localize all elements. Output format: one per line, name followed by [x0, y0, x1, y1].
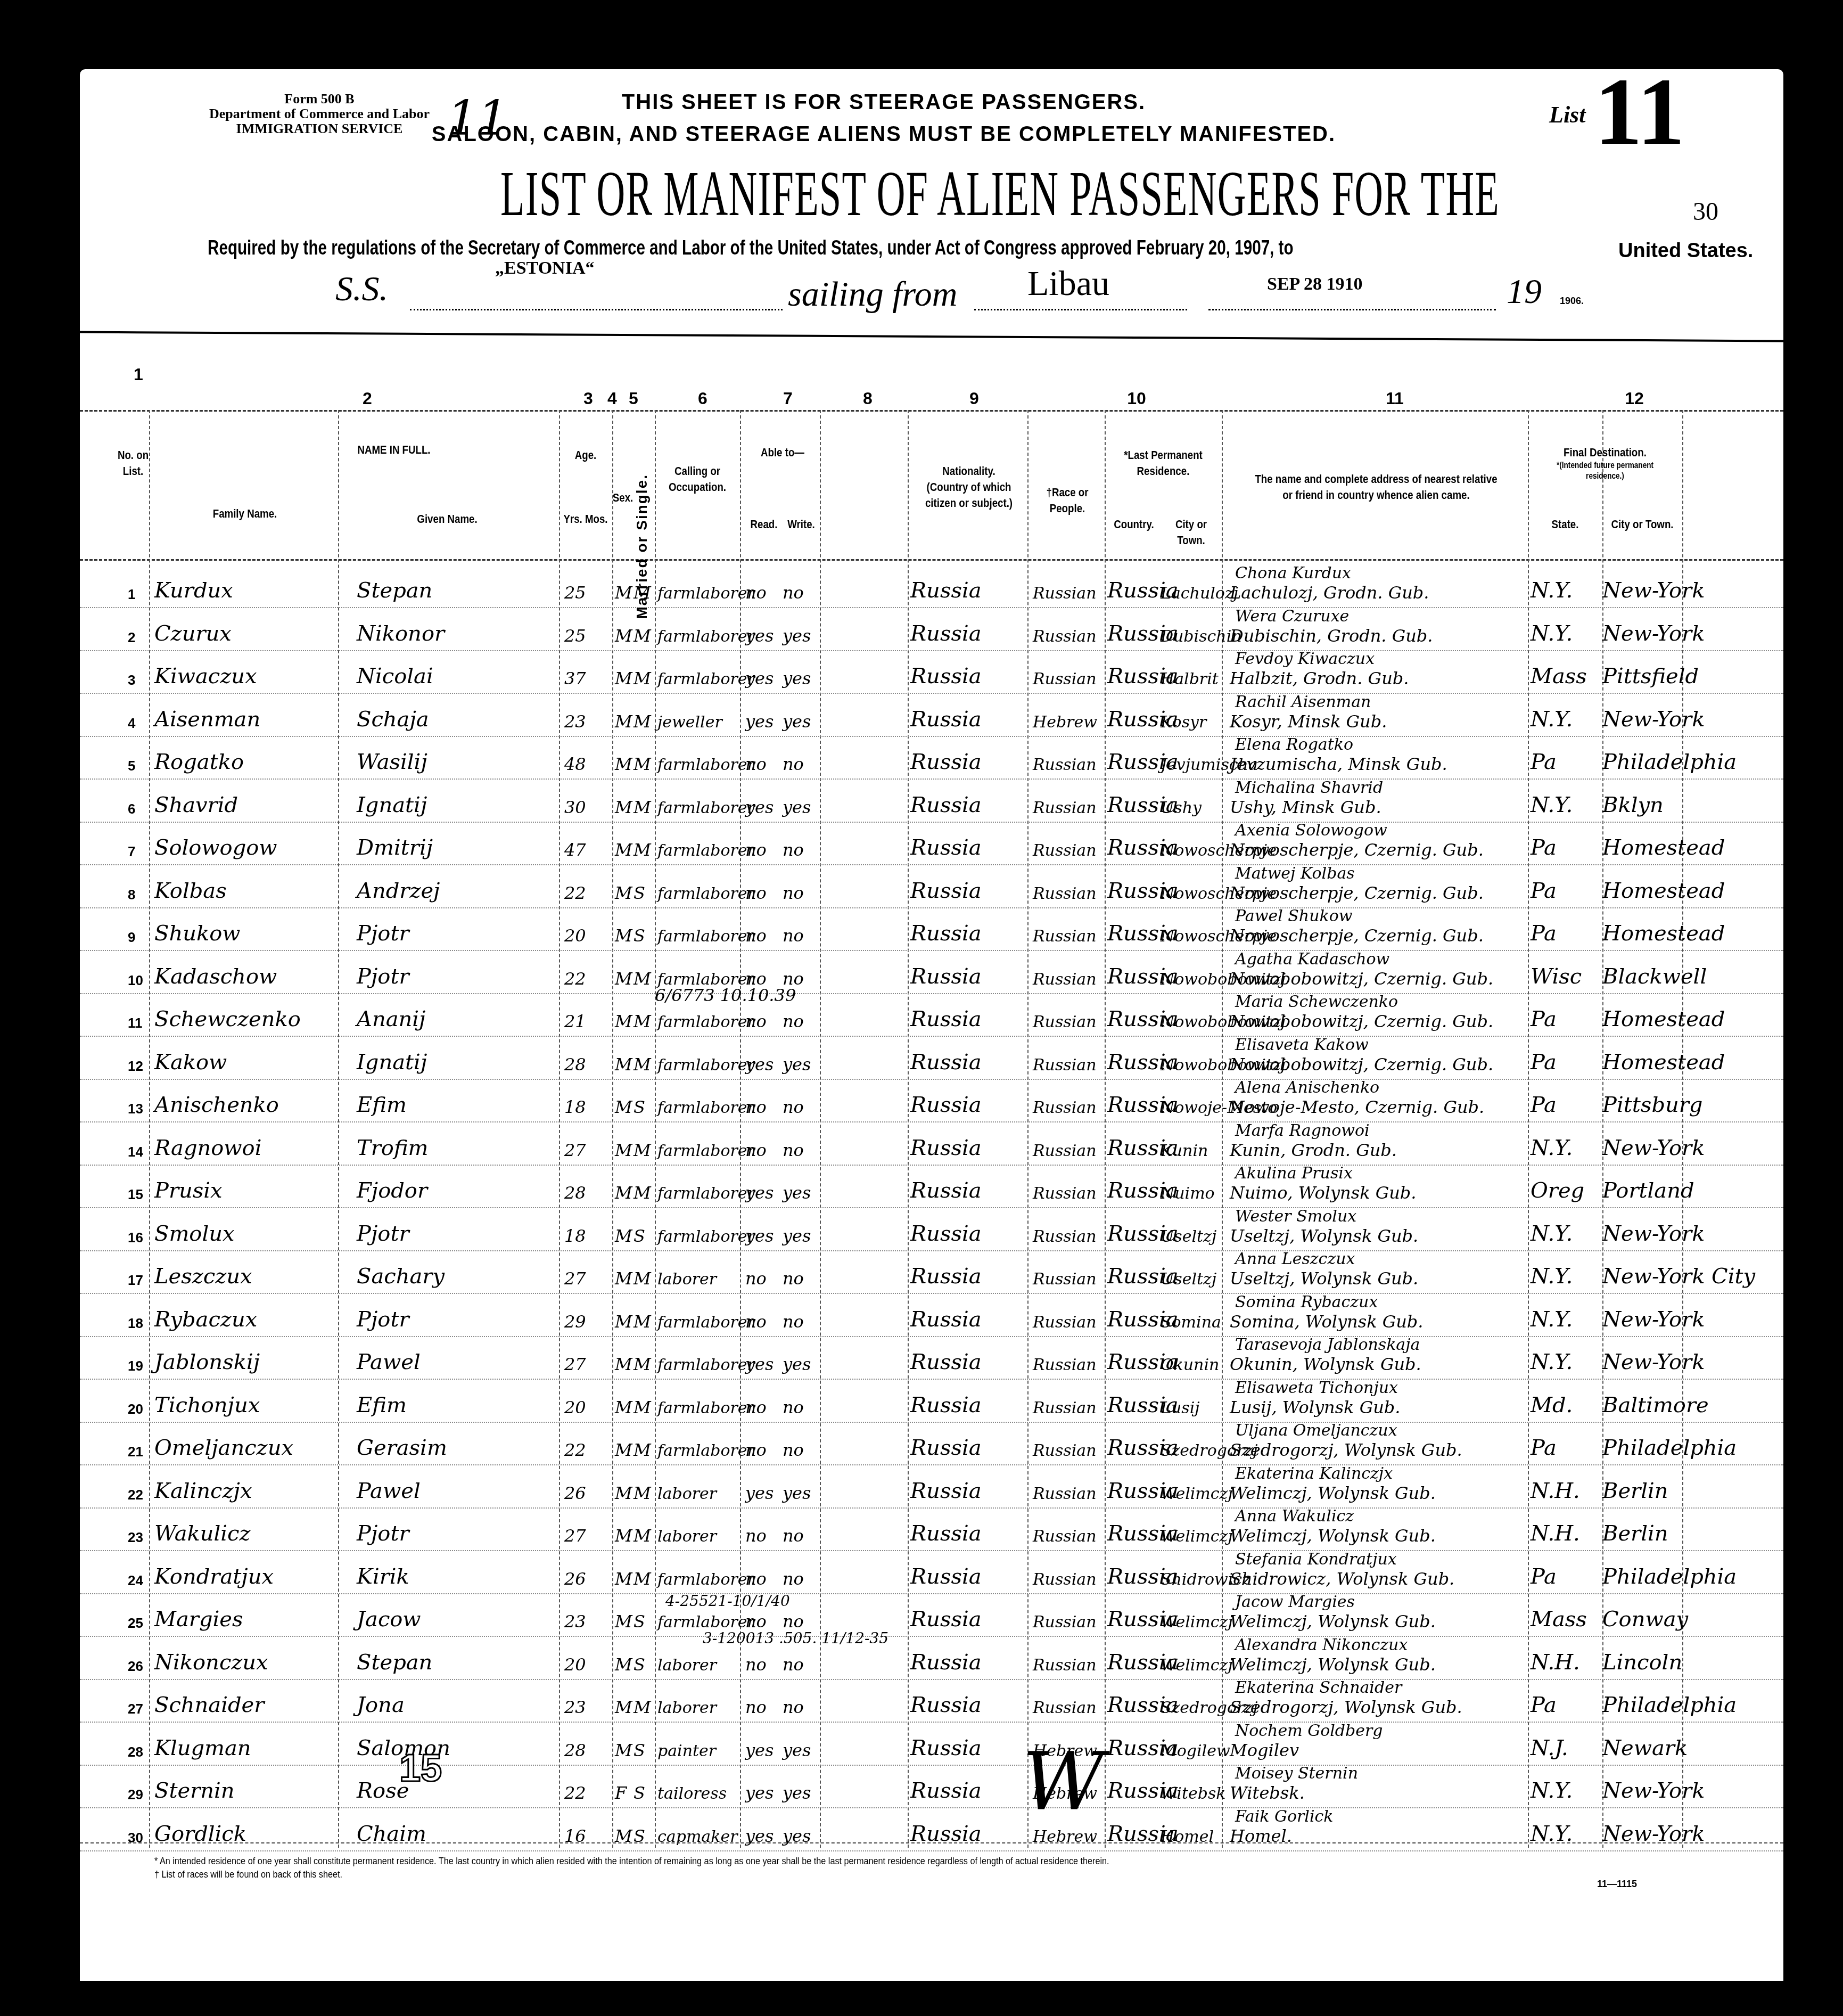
table-row: 11SchewczenkoAnanij21MMfarmlaborernonoRu…	[80, 993, 1783, 1037]
cell-family: Kurdux	[154, 578, 233, 603]
cell-dest: Homestead	[1602, 1007, 1725, 1031]
header-race: †Race or People.	[1036, 485, 1099, 517]
cell-given: Pjotr	[357, 1521, 409, 1546]
cell-relative-addr: Dubischin, Grodn. Gub.	[1230, 626, 1433, 646]
footer-rule	[80, 1842, 1783, 1843]
cell-race: Russian	[1033, 799, 1097, 817]
cell-given: Efim	[357, 1393, 407, 1417]
cell-city: Witebsk	[1161, 1784, 1226, 1803]
cell-occupation: farmlaborer	[657, 1184, 755, 1203]
footer-note-races: † List of races will be found on back of…	[154, 1869, 342, 1880]
table-row: 9ShukowPjotr20MSfarmlaborernonoRussiaRus…	[80, 907, 1783, 951]
cell-occupation: farmlaborer	[657, 884, 755, 903]
cell-dest: Baltimore	[1602, 1393, 1709, 1417]
cell-dest: New-York City	[1602, 1264, 1755, 1289]
cell-no: 20	[128, 1401, 143, 1417]
cell-relative-addr: Lusij, Wolynsk Gub.	[1230, 1397, 1401, 1417]
cell-state: Pa	[1531, 1050, 1557, 1075]
cell-state: N.Y.	[1531, 793, 1573, 817]
cell-dest: Philadelphia	[1602, 1693, 1737, 1717]
cell-dest: Homestead	[1602, 879, 1725, 903]
cell-relative: Moisey Sternin	[1235, 1764, 1358, 1783]
cell-city: Kosyr	[1161, 713, 1206, 732]
cell-dest: Lincoln	[1602, 1650, 1682, 1675]
cell-nationality: Russia	[910, 1050, 982, 1075]
cell-age: 23	[564, 711, 586, 732]
cell-ms: M	[633, 1397, 651, 1417]
cell-sex: M	[615, 1654, 632, 1675]
cell-relative-addr: Mogilev	[1230, 1740, 1299, 1760]
cell-ms: M	[633, 626, 651, 646]
cell-read: yes	[745, 1054, 774, 1075]
cell-age: 28	[564, 1740, 586, 1760]
header-read: Read.	[748, 517, 780, 532]
cell-write: yes	[783, 626, 811, 646]
header-rule	[80, 331, 1783, 342]
departure-port: Libau	[1027, 264, 1109, 304]
column-number-8: 8	[857, 389, 878, 408]
cell-nationality: Russia	[910, 1264, 982, 1289]
cell-nationality: Russia	[910, 793, 982, 817]
cell-ms: S	[633, 925, 645, 946]
cell-given: Efim	[357, 1093, 407, 1117]
cell-relative-addr: Welimczj, Wolynsk Gub.	[1230, 1483, 1436, 1503]
cell-nationality: Russia	[910, 1564, 982, 1589]
cell-age: 26	[564, 1569, 586, 1589]
cell-sex: M	[615, 883, 632, 903]
cell-family: Solowogow	[154, 835, 277, 860]
cell-state: N.Y.	[1531, 578, 1573, 603]
cell-nationality: Russia	[910, 621, 982, 646]
cell-relative: Uljana Omeljanczux	[1235, 1421, 1397, 1440]
cell-write: yes	[783, 1483, 811, 1503]
cell-no: 10	[128, 972, 143, 989]
cell-occupation: farmlaborer	[657, 1570, 755, 1589]
cell-read: no	[745, 1097, 767, 1117]
cell-ms: S	[633, 1783, 645, 1803]
cell-age: 22	[564, 1440, 586, 1460]
cell-race: Russian	[1033, 970, 1097, 989]
cell-state: N.H.	[1531, 1521, 1580, 1546]
cell-city: Welimczj	[1161, 1527, 1233, 1546]
header-nationality: Nationality. (Country of which citizen o…	[924, 463, 1014, 511]
cell-occupation: farmlaborer	[657, 670, 755, 689]
cell-given: Dmitrij	[357, 835, 433, 860]
cell-no: 1	[128, 586, 135, 603]
cell-nationality: Russia	[910, 1736, 982, 1760]
cell-relative-addr: Shidrowicz, Wolynsk Gub.	[1230, 1569, 1454, 1589]
cell-race: Russian	[1033, 670, 1097, 689]
cell-nationality: Russia	[910, 1350, 982, 1374]
cell-state: Pa	[1531, 1564, 1557, 1589]
cell-nationality: Russia	[910, 1436, 982, 1460]
cell-nationality: Russia	[910, 1650, 982, 1675]
header-city: City or Town.	[1165, 517, 1217, 548]
cell-city: Somina	[1161, 1313, 1221, 1332]
banner-steerage: THIS SHEET IS FOR STEERAGE PASSENGERS.	[431, 91, 1336, 114]
cell-write: yes	[783, 711, 811, 732]
table-row: 14RagnowoiTrofim27MMfarmlaborernonoRussi…	[80, 1122, 1783, 1166]
signature-mark: W	[1022, 1736, 1104, 1829]
cell-family: Leszczux	[154, 1264, 252, 1289]
cell-read: no	[745, 1440, 767, 1460]
cell-dest: Philadelphia	[1602, 1564, 1737, 1589]
cell-relative: Alexandra Nikonczux	[1235, 1636, 1408, 1654]
cell-sex: M	[615, 668, 632, 689]
cell-state: Pa	[1531, 1093, 1557, 1117]
cell-dest: Homestead	[1602, 835, 1725, 860]
header-relative: The name and complete address of nearest…	[1252, 471, 1501, 503]
cell-race: Russian	[1033, 1099, 1097, 1117]
cell-relative: Akulina Prusix	[1235, 1164, 1353, 1183]
cell-given: Gerasim	[357, 1436, 447, 1460]
cell-sex: M	[615, 1697, 632, 1717]
cell-read: no	[745, 1526, 767, 1546]
cell-dest: Newark	[1602, 1736, 1688, 1760]
table-row: 16SmoluxPjotr18MSfarmlaboreryesyesRussia…	[80, 1208, 1783, 1251]
cell-occupation: laborer	[657, 1485, 717, 1503]
cell-state: N.H.	[1531, 1479, 1580, 1503]
cell-nationality: Russia	[910, 750, 982, 774]
cell-given: Pawel	[357, 1350, 421, 1374]
cell-family: Aisenman	[154, 707, 260, 732]
table-row: 24KondratjuxKirik26MMfarmlaborernonoRuss…	[80, 1551, 1783, 1594]
cell-read: yes	[745, 1183, 774, 1203]
cell-read: no	[745, 583, 767, 603]
cell-race: Russian	[1033, 927, 1097, 946]
cell-family: Klugman	[154, 1736, 251, 1760]
cell-family: Ragnowoi	[154, 1136, 261, 1160]
banner-manifested: SALOON, CABIN, AND STEERAGE ALIENS MUST …	[378, 122, 1389, 146]
cell-relative: Pawel Shukow	[1235, 907, 1352, 925]
cell-sex: M	[615, 840, 632, 860]
cell-race: Russian	[1033, 841, 1097, 860]
cell-ms: M	[633, 1183, 651, 1203]
cell-occupation: farmlaborer	[657, 841, 755, 860]
cell-race: Russian	[1033, 1142, 1097, 1160]
table-row: 2CzuruxNikonor25MMfarmlaboreryesyesRussi…	[80, 608, 1783, 651]
table-row: 13AnischenkoEfim18MSfarmlaborernonoRussi…	[80, 1079, 1783, 1122]
cell-relative: Chona Kurdux	[1235, 564, 1351, 583]
cell-sex: M	[615, 1140, 632, 1160]
cell-race: Russian	[1033, 584, 1097, 603]
table-row: 29SterninRose22FStailoressyesyesRussiaHe…	[80, 1765, 1783, 1808]
date-stamp: SEP 28 1910	[1267, 274, 1362, 294]
cell-given: Sachary	[357, 1264, 445, 1289]
cell-age: 48	[564, 754, 586, 774]
cell-write: yes	[783, 668, 811, 689]
cell-stamp: ADMITTED	[10, 701, 67, 727]
header-sex: Sex.	[610, 490, 637, 506]
cell-write: no	[783, 1569, 804, 1589]
cell-no: 14	[128, 1144, 143, 1160]
cell-ms: M	[633, 1483, 651, 1503]
cell-race: Russian	[1033, 1313, 1097, 1332]
cell-sex: M	[615, 925, 632, 946]
cell-nationality: Russia	[910, 1779, 982, 1803]
cell-no: 17	[128, 1272, 143, 1289]
cell-write: no	[783, 1011, 804, 1031]
cell-race: Russian	[1033, 1570, 1097, 1589]
cell-sex: M	[615, 754, 632, 774]
cell-ms: M	[633, 668, 651, 689]
cell-no: 22	[128, 1487, 143, 1503]
cell-relative: Tarasevoja Jablonskaja	[1235, 1335, 1420, 1354]
cell-state: N.Y.	[1531, 1779, 1573, 1803]
cell-age: 28	[564, 1183, 586, 1203]
cell-read: yes	[745, 797, 774, 817]
cell-read: no	[745, 1697, 767, 1717]
cell-dest: New-York	[1602, 1307, 1705, 1332]
table-row: 7SolowogowDmitrij47MMfarmlaborernonoRuss…	[80, 822, 1783, 865]
cell-read: no	[745, 925, 767, 946]
cell-nationality: Russia	[910, 1222, 982, 1246]
cell-relative: Nochem Goldberg	[1235, 1722, 1383, 1740]
date-line	[1208, 309, 1496, 310]
cell-read: yes	[745, 1483, 774, 1503]
cell-relative-addr: Okunin, Wolynsk Gub.	[1230, 1354, 1421, 1374]
cell-occupation: tailoress	[657, 1784, 727, 1803]
table-row: 10KadaschowPjotr22MMfarmlaborernonoRussi…	[80, 950, 1783, 994]
cell-age: 20	[564, 1654, 586, 1675]
cell-nationality: Russia	[910, 1521, 982, 1546]
cell-dest: New-York	[1602, 578, 1705, 603]
cell-state: Pa	[1531, 879, 1557, 903]
cell-relative: Michalina Shavrid	[1235, 778, 1383, 797]
cell-relative: Faik Gorlick	[1235, 1807, 1334, 1826]
footer-form-code: 11—1115	[1597, 1879, 1637, 1890]
cell-no: 3	[128, 672, 135, 689]
department-name: Department of Commerce and Labor	[208, 106, 431, 121]
cell-nationality: Russia	[910, 1479, 982, 1503]
cell-sex: M	[615, 1569, 632, 1589]
cell-occupation: farmlaborer	[657, 756, 755, 774]
header-final-destination-note: *(Intended future permanent residence.)	[1544, 461, 1666, 482]
header-state: State.	[1534, 517, 1597, 532]
cell-relative: Anna Wakulicz	[1235, 1507, 1354, 1526]
table-row: 20TichonjuxEfim20MMfarmlaborernonoRussia…	[80, 1379, 1783, 1423]
cell-age: 37	[564, 668, 586, 689]
cell-relative-addr: Szedrogorzj, Wolynsk Gub.	[1230, 1697, 1462, 1717]
cell-read: no	[745, 1140, 767, 1160]
cell-write: no	[783, 1654, 804, 1675]
cell-sex: M	[615, 1397, 632, 1417]
cell-write: no	[783, 1697, 804, 1717]
cell-read: no	[745, 1397, 767, 1417]
cell-occupation: farmlaborer	[657, 1142, 755, 1160]
cell-write: no	[783, 883, 804, 903]
cell-no: 16	[128, 1230, 143, 1246]
header-family-name: Family Name.	[186, 506, 304, 522]
cell-race: Russian	[1033, 1527, 1097, 1546]
manifest-sheet: Form 500 B Department of Commerce and La…	[80, 69, 1783, 1981]
cell-no: 27	[128, 1701, 143, 1717]
header-final-destination: Final Destination.	[1544, 445, 1666, 461]
cell-city: Okunin	[1161, 1356, 1219, 1374]
cell-given: Wasilij	[357, 750, 427, 774]
cell-city: Halbrit	[1161, 670, 1219, 689]
cell-age: 22	[564, 883, 586, 903]
row-23-annotation: 4-25521-10/1/40	[665, 1592, 790, 1610]
cell-occupation: farmlaborer	[657, 1313, 755, 1332]
column-number-11: 11	[1384, 389, 1405, 408]
cell-state: Mass	[1531, 664, 1587, 689]
cell-occupation: farmlaborer	[657, 1013, 755, 1031]
cell-age: 27	[564, 1354, 586, 1374]
cell-no: 8	[128, 887, 135, 903]
form-number: Form 500 B	[208, 92, 431, 106]
cell-sex: M	[615, 1354, 632, 1374]
cell-ms: M	[633, 1697, 651, 1717]
cell-stamp: ADMITTED	[10, 743, 67, 769]
cell-read: no	[745, 1569, 767, 1589]
row-12-annotation: 6/6773 10.10.39	[655, 985, 796, 1005]
column-number-12: 12	[1624, 389, 1645, 408]
year-label: 19	[1507, 272, 1542, 312]
cell-ms: M	[633, 1312, 651, 1332]
cell-ms: M	[633, 797, 651, 817]
cell-read: no	[745, 883, 767, 903]
cell-sex: M	[615, 1440, 632, 1460]
cell-occupation: farmlaborer	[657, 1399, 755, 1417]
cell-state: Pa	[1531, 921, 1557, 946]
cell-given: Pjotr	[357, 964, 409, 989]
cell-city: Nuimo	[1161, 1184, 1215, 1203]
cell-relative: Alena Anischenko	[1235, 1078, 1379, 1097]
cell-occupation: farmlaborer	[657, 1356, 755, 1374]
cell-age: 18	[564, 1097, 586, 1117]
cell-no: 15	[128, 1186, 143, 1203]
cell-state: N.J.	[1531, 1736, 1568, 1760]
cell-write: no	[783, 583, 804, 603]
cell-family: Anischenko	[154, 1093, 279, 1117]
table-row: 5RogatkoWasilij48MMfarmlaborernonoRussia…	[80, 736, 1783, 780]
cell-nationality: Russia	[910, 1093, 982, 1117]
cell-family: Kiwaczux	[154, 664, 257, 689]
cell-sex: M	[615, 583, 632, 603]
column-number-10: 10	[1126, 389, 1147, 408]
cell-nationality: Russia	[910, 1007, 982, 1031]
cell-no: 6	[128, 801, 135, 817]
cell-write: no	[783, 1440, 804, 1460]
cell-dest: New-York	[1602, 1350, 1705, 1374]
cell-relative: Maria Schewczenko	[1235, 993, 1398, 1011]
cell-age: 47	[564, 840, 586, 860]
cell-sex: M	[615, 969, 632, 989]
cell-family: Kondratjux	[154, 1564, 274, 1589]
cell-nationality: Russia	[910, 879, 982, 903]
cell-given: Pjotr	[357, 921, 409, 946]
table-row: 19JablonskijPawel27MMfarmlaboreryesyesRu…	[80, 1336, 1783, 1380]
cell-family: Kolbas	[154, 879, 227, 903]
cell-sex: M	[615, 1268, 632, 1289]
cell-relative-addr: Useltzj, Wolynsk Gub.	[1230, 1226, 1418, 1246]
cell-stamp: ADMITTED	[10, 1815, 67, 1841]
cell-family: Jablonskij	[154, 1350, 260, 1374]
cell-age: 23	[564, 1611, 586, 1632]
cell-read: no	[745, 1268, 767, 1289]
cell-relative: Agatha Kadaschow	[1235, 950, 1389, 969]
cell-write: no	[783, 1397, 804, 1417]
cell-race: Russian	[1033, 1699, 1097, 1717]
table-row: 26NikonczuxStepan20MSlaborernonoRussiaRu…	[80, 1636, 1783, 1680]
cell-state: Wisc	[1531, 964, 1582, 989]
header-last-residence: *Last Permanent Residence.	[1116, 447, 1211, 479]
cell-dest: Berlin	[1602, 1521, 1668, 1546]
cell-no: 19	[128, 1358, 143, 1374]
cell-relative-addr: Nowobobowitzj, Czernig. Gub.	[1230, 969, 1493, 989]
table-row: 30GordlickChaim16MScapmakeryesyesRussiaH…	[80, 1808, 1783, 1851]
cell-given: Ignatij	[357, 793, 427, 817]
cell-age: 22	[564, 1783, 586, 1803]
cell-family: Nikonczux	[154, 1650, 268, 1675]
cell-sex: M	[615, 1054, 632, 1075]
cell-race: Russian	[1033, 1356, 1097, 1374]
header-dest-city: City or Town.	[1608, 517, 1676, 532]
page-stamp: 15	[399, 1747, 442, 1790]
cell-no: 28	[128, 1744, 143, 1760]
cell-given: Pjotr	[357, 1222, 409, 1246]
cell-age: 27	[564, 1268, 586, 1289]
cell-race: Hebrew	[1033, 713, 1097, 732]
cell-ms: S	[633, 1611, 645, 1632]
cell-stamp: DEPORTED	[10, 1429, 70, 1456]
cell-age: 23	[564, 1697, 586, 1717]
cell-relative: Fevdoy Kiwaczux	[1235, 650, 1375, 668]
cell-city: Useltzj	[1161, 1227, 1216, 1246]
cell-relative: Elena Rogatko	[1235, 735, 1353, 754]
cell-relative-addr: Jevzumischa, Minsk Gub.	[1230, 754, 1447, 774]
cell-state: N.Y.	[1531, 1136, 1573, 1160]
cell-state: Pa	[1531, 835, 1557, 860]
cell-city: Kunin	[1161, 1142, 1208, 1160]
cell-occupation: farmlaborer	[657, 927, 755, 946]
cell-age: 22	[564, 969, 586, 989]
cell-relative-addr: Welimczj, Wolynsk Gub.	[1230, 1526, 1436, 1546]
cell-given: Stepan	[357, 578, 432, 603]
cell-given: Nicolai	[357, 664, 433, 689]
cell-read: no	[745, 1312, 767, 1332]
cell-write: no	[783, 1312, 804, 1332]
list-number: 11	[1594, 64, 1685, 160]
cell-read: no	[745, 1654, 767, 1675]
cell-relative-addr: Nowoscherpje, Czernig. Gub.	[1230, 925, 1484, 946]
cell-nationality: Russia	[910, 964, 982, 989]
cell-family: Margies	[154, 1607, 243, 1632]
row-27-annotation: 3-120013 .505. 11/12-35	[703, 1629, 888, 1647]
header-no-on-list: No. on List.	[115, 447, 151, 479]
cell-write: no	[783, 1611, 804, 1632]
cell-relative-addr: Lachulozj, Grodn. Gub.	[1230, 583, 1429, 603]
cell-family: Schewczenko	[154, 1007, 301, 1031]
cell-read: no	[745, 840, 767, 860]
table-row: 27SchnaiderJona23MMlaborernonoRussiaRuss…	[80, 1679, 1783, 1723]
cell-occupation: laborer	[657, 1699, 717, 1717]
cell-dest: Blackwell	[1602, 964, 1707, 989]
cell-occupation: farmlaborer	[657, 1441, 755, 1460]
table-row: 4AisenmanSchaja23MMjewelleryesyesRussiaH…	[80, 693, 1783, 737]
cell-occupation: farmlaborer	[657, 627, 755, 646]
cell-dest: Homestead	[1602, 921, 1725, 946]
header-calling: Calling or Occupation.	[666, 463, 729, 495]
table-row: 21OmeljanczuxGerasim22MMfarmlaborernonoR…	[80, 1422, 1783, 1465]
cell-given: Jacow	[357, 1607, 421, 1632]
cell-relative: Elisaveta Kakow	[1235, 1036, 1369, 1054]
cell-relative-addr: Kosyr, Minsk Gub.	[1230, 711, 1387, 732]
cell-age: 25	[564, 626, 586, 646]
table-row: 28KlugmanSalomon28MSpainteryesyesRussiaH…	[80, 1722, 1783, 1766]
cell-state: Pa	[1531, 750, 1557, 774]
